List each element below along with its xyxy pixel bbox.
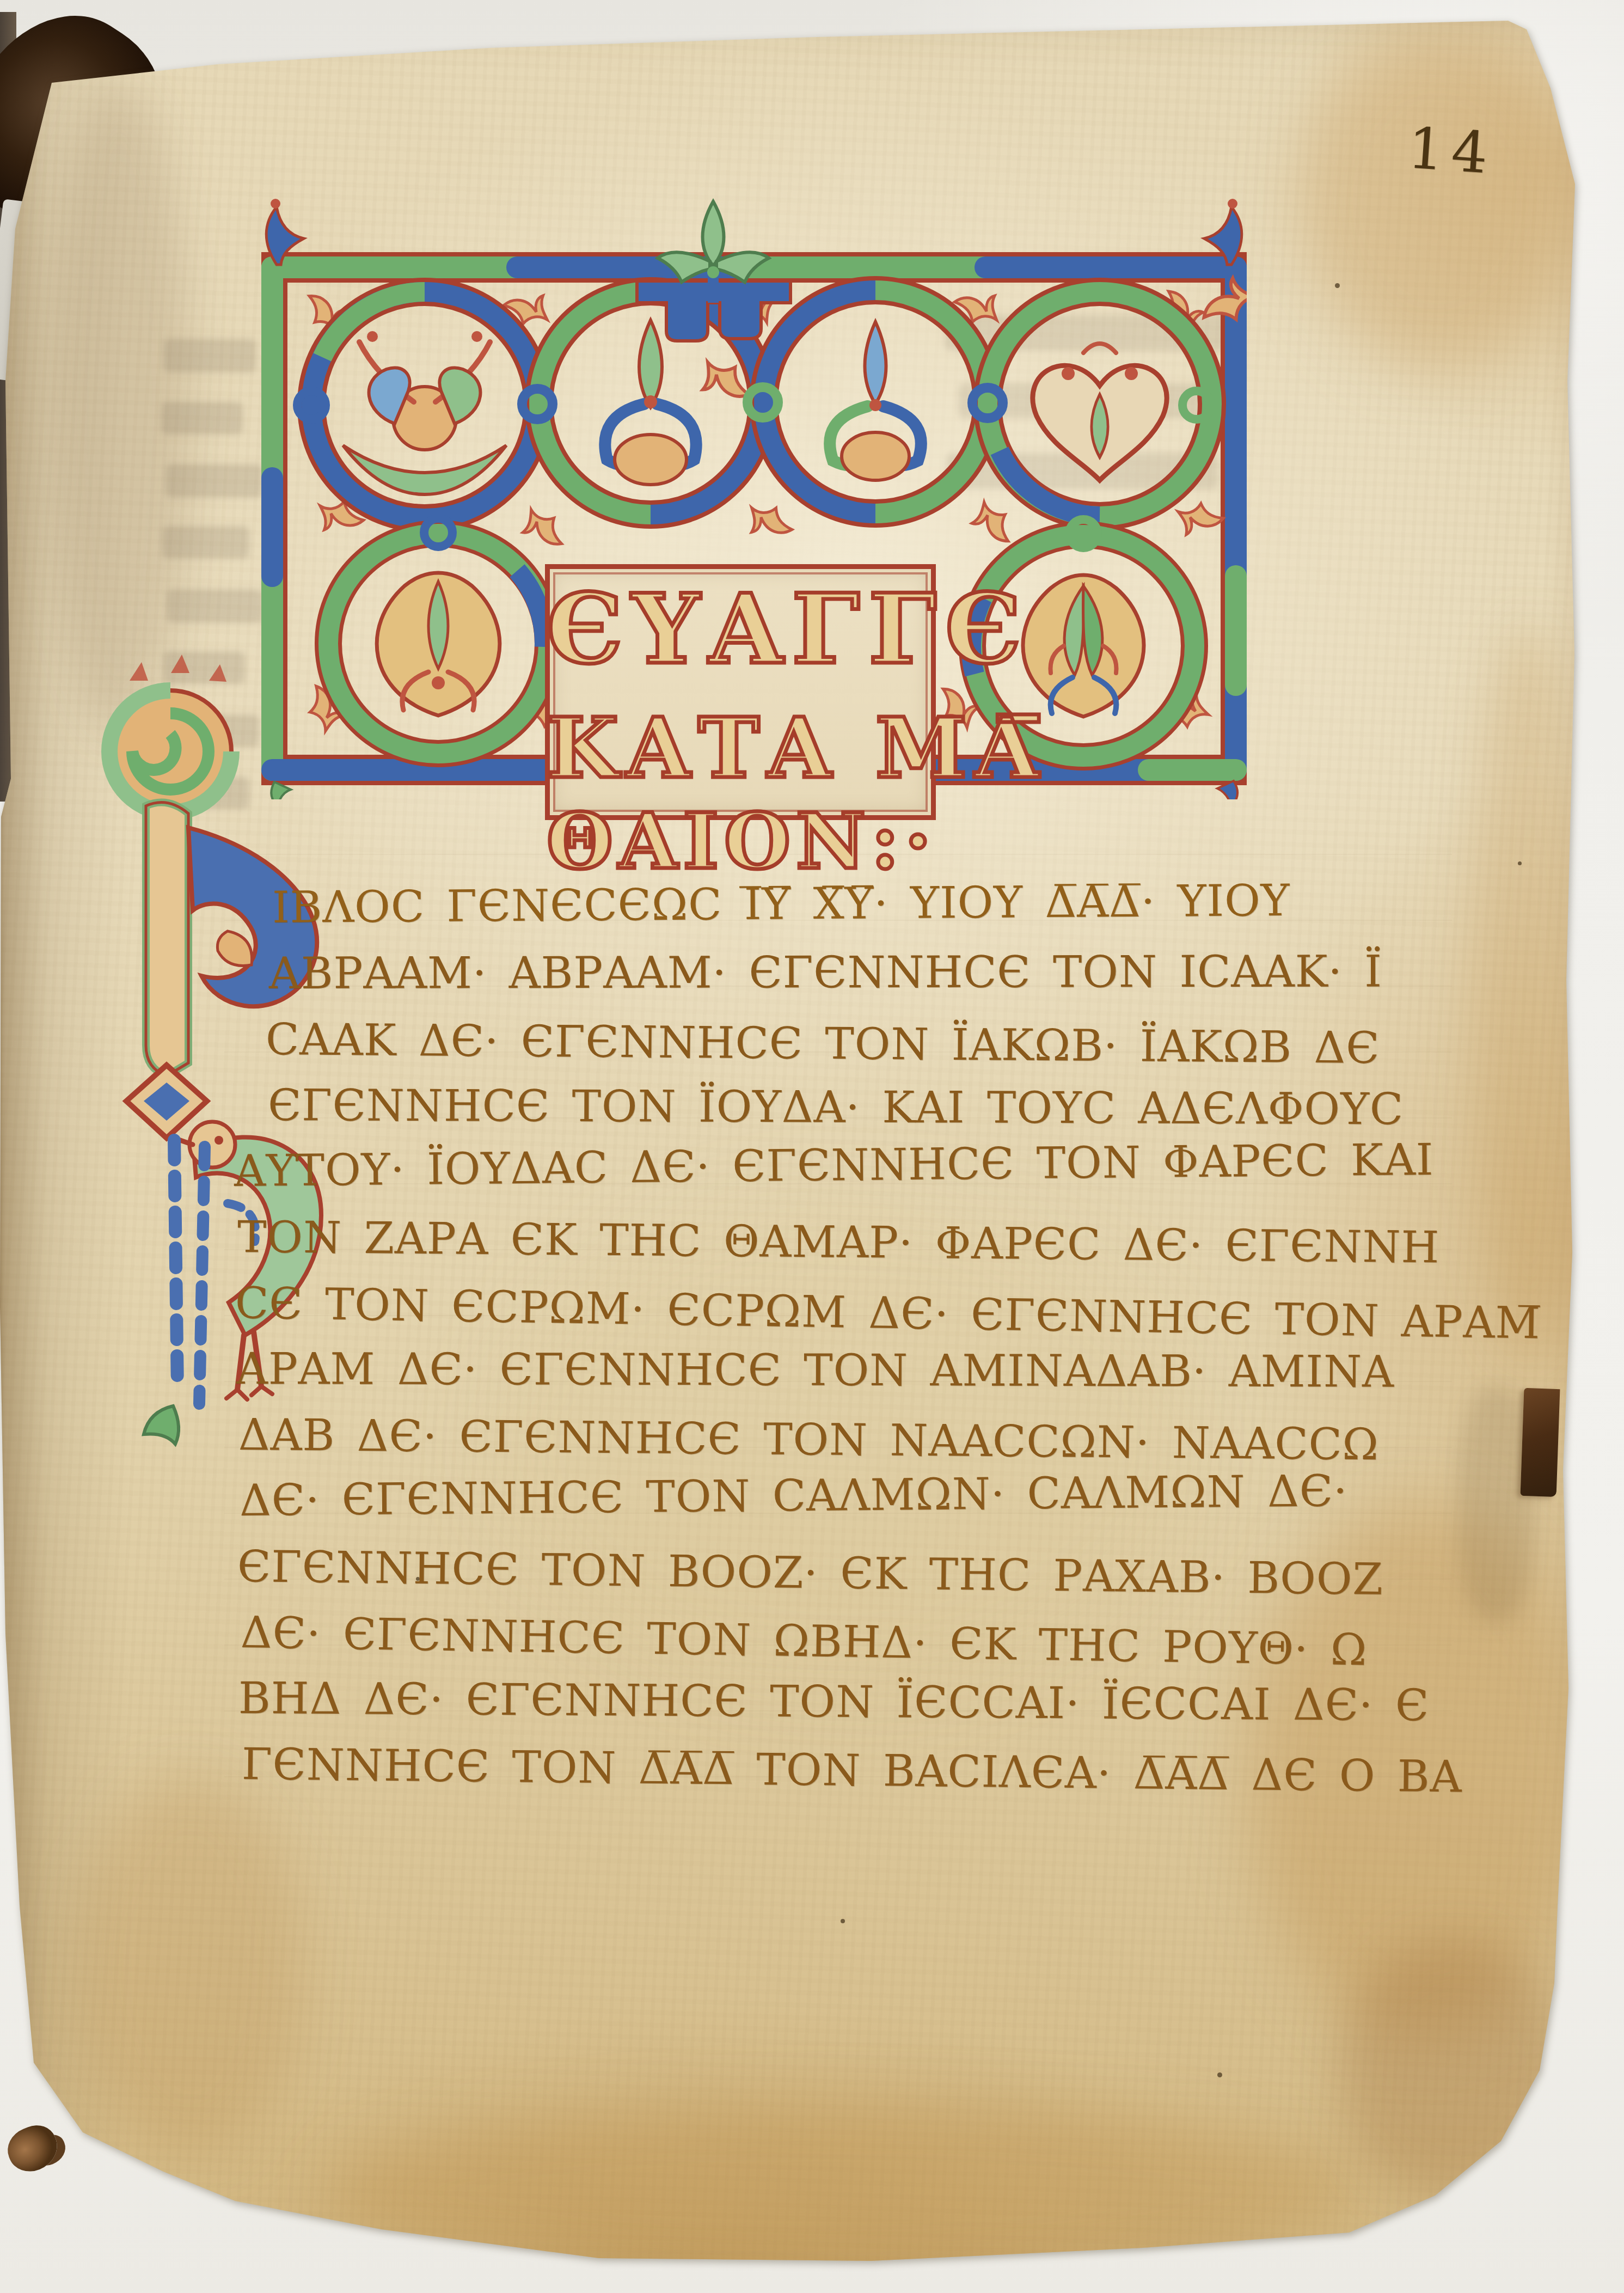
text-line: ΓЄΝΝΗϹЄ ΤΟΝ Δ̅Α̅Δ̅ ΤΟΝ ΒΑϹΙΛЄΑ· Δ̅Α̅Δ̅ Δ… (241, 1731, 1432, 1809)
text-line: ΑΡΑΜ ΔЄ· ЄΓЄΝΝΗϹЄ ΤΟΝ ΑΜΙΝΑΔΑΒ· ΑΜΙΝΑ (236, 1336, 1432, 1405)
stain (1339, 1939, 1568, 2200)
text-line: ΤΟΝ ΖΑΡΑ ЄΚ ΤΗϹ ΘΑΜΑΡ· ΦΑΡЄϹ ΔЄ· ЄΓЄΝΝΗ (237, 1204, 1432, 1280)
text-line: ϹΑΑΚ ΔЄ· ЄΓЄΝΝΗϹЄ ΤΟΝ ΪΑΚΩΒ· ΪΑΚΩΒ ΔЄ (266, 1006, 1432, 1081)
leather-fore-edge-tab (1521, 1388, 1560, 1497)
stain (327, 2102, 1361, 2282)
text-line: ΙΒΛΟϹ ΓЄΝЄϹЄΩϹ Ι̅Υ̅ Χ̅Υ̅· ΥΙΟΥ Δ̅Α̅Δ̅· Υ… (272, 866, 1432, 940)
parchment-leaf: 14 (0, 0, 1624, 2293)
text-line: ΒΗΔ ΔЄ· ЄΓЄΝΝΗϹЄ ΤΟΝ ΪЄϹϹΑΙ· ΪЄϹϹΑΙ ΔЄ· … (238, 1665, 1432, 1738)
stain (76, 1775, 305, 2156)
stain (1470, 626, 1590, 1361)
text-line: ΔЄ· ЄΓЄΝΝΗϹЄ ΤΟΝ ϹΑΛΜΩΝ· ϹΑΛΜΩΝ ΔЄ· (239, 1457, 1432, 1533)
medallion-split-palmette (764, 290, 987, 513)
stain (1296, 33, 1579, 370)
medallion-fan-palmette-left (328, 534, 548, 754)
manuscript-photo: 14 (0, 0, 1624, 2293)
title-line-2: ΚΑΤΑ ΜΑ̅ (547, 699, 924, 797)
text-line: ЄΓЄΝΝΗϹЄ ΤΟΝ ΒΟΟΖ· ЄΚ ΤΗϹ ΡΑΧΑΒ· ΒΟΟΖ (237, 1533, 1432, 1613)
medallion-twin-birds-pomegranate (311, 292, 538, 518)
folio-number: 14 (1406, 114, 1530, 189)
text-line: ΑΒΡΑΑΜ· ΑΒΡΑΑΜ· ЄΓЄΝΝΗϹЄ ΤΟΝ ΙϹΑΑΚ· Ϊ (269, 938, 1432, 1006)
parchment-leaf-wrap: 14 (0, 0, 1624, 2293)
body-text-block: ΙΒΛΟϹ ΓЄΝЄϹЄΩϹ Ι̅Υ̅ Χ̅Υ̅· ΥΙΟΥ Δ̅Α̅Δ̅· Υ… (234, 875, 1432, 1797)
title-line-1: ЄΥΑΓΓЄ (547, 573, 924, 686)
text-line: ΑΥΤΟΥ· ΪΟΥΔΑϹ ΔЄ· ЄΓЄΝΝΗϹЄ ΤΟΝ ΦΑΡЄϹ ΚΑΙ (234, 1127, 1432, 1204)
